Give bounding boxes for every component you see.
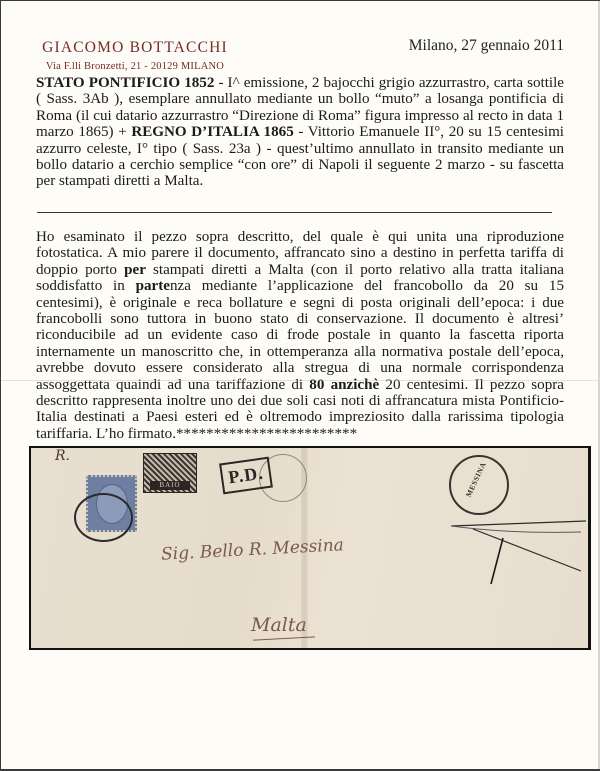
messina-postmark: MESSINA [449, 455, 509, 515]
divider [37, 212, 552, 213]
handwritten-address: Sig. Bello R. Messina [161, 535, 345, 565]
letterhead: GIACOMO BOTTACCHI Via F.lli Bronzetti, 2… [35, 39, 235, 72]
opinion-bold-1: per [124, 262, 146, 278]
certificate-date: Milano, 27 gennaio 2011 [409, 37, 564, 55]
title-regno-italia: REGNO D’ITALIA 1865 [131, 124, 293, 140]
expert-opinion: Ho esaminato il pezzo sopra descritto, d… [36, 229, 564, 442]
messina-postmark-text: MESSINA [464, 461, 488, 499]
paper-fold-line [1, 380, 598, 381]
opinion-text-3: nza mediante l’applicazione del francobo… [36, 278, 564, 392]
napoli-cancel-postmark [74, 493, 133, 542]
expert-address: Via F.lli Bronzetti, 21 - 20129 MILANO [35, 61, 235, 72]
opinion-bold-2: parte [136, 278, 170, 294]
item-description: STATO PONTIFICIO 1852 - I^ emissione, 2 … [36, 75, 564, 190]
stamp-value-label: BAIO [150, 481, 190, 490]
expert-name: GIACOMO BOTTACCHI [35, 39, 235, 57]
title-stato-pontificio: STATO PONTIFICIO 1852 [36, 75, 214, 91]
postal-cover-photo: R. BAIO P.D. MESSINA Sig. Bello R. Messi… [29, 446, 591, 650]
papal-state-stamp-icon: BAIO [143, 453, 197, 493]
certificate-page: GIACOMO BOTTACCHI Via F.lli Bronzetti, 2… [1, 1, 600, 769]
pen-mark: R. [55, 448, 70, 464]
handwritten-destination: Malta [251, 614, 307, 636]
pen-cross-mark-icon [451, 516, 591, 596]
